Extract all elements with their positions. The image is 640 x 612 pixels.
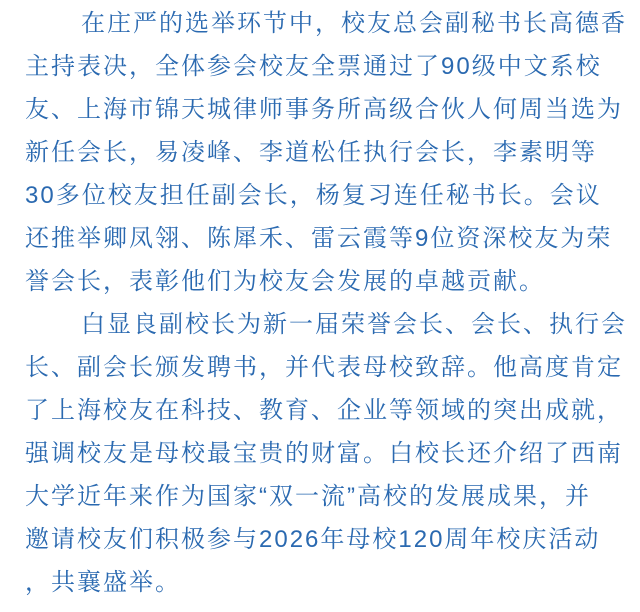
text-line: 长、副会长颁发聘书，并代表母校致辞。他高度肯定 (25, 346, 634, 389)
text-line: 誉会长，表彰他们为校友会发展的卓越贡献。 (25, 260, 634, 303)
text-line: 大学近年来作为国家“双一流”高校的发展成果，并 (25, 475, 634, 518)
text-line: ，共襄盛举。 (25, 561, 634, 604)
text-line: 邀请校友们积极参与2026年母校120周年校庆活动 (25, 518, 634, 561)
text-line: 主持表决，全体参会校友全票通过了90级中文系校 (25, 45, 634, 88)
paragraph-speech: 白显良副校长为新一届荣誉会长、会长、执行会 长、副会长颁发聘书，并代表母校致辞。… (25, 303, 634, 604)
text-line: 新任会长，易凌峰、李道松任执行会长，李素明等 (25, 131, 634, 174)
text-line: 了上海校友在科技、教育、企业等领域的突出成就， (25, 389, 634, 432)
text-line: 白显良副校长为新一届荣誉会长、会长、执行会 (25, 303, 634, 346)
text-line: 在庄严的选举环节中，校友总会副秘书长高德香 (25, 2, 634, 45)
paragraph-election: 在庄严的选举环节中，校友总会副秘书长高德香 主持表决，全体参会校友全票通过了90… (25, 2, 634, 303)
article-body: 在庄严的选举环节中，校友总会副秘书长高德香 主持表决，全体参会校友全票通过了90… (0, 0, 640, 604)
text-line: 友、上海市锦天城律师事务所高级合伙人何周当选为 (25, 88, 634, 131)
text-line: 还推举卿凤翎、陈犀禾、雷云霞等9位资深校友为荣 (25, 217, 634, 260)
text-line: 强调校友是母校最宝贵的财富。白校长还介绍了西南 (25, 432, 634, 475)
text-line: 30多位校友担任副会长，杨复习连任秘书长。会议 (25, 174, 634, 217)
